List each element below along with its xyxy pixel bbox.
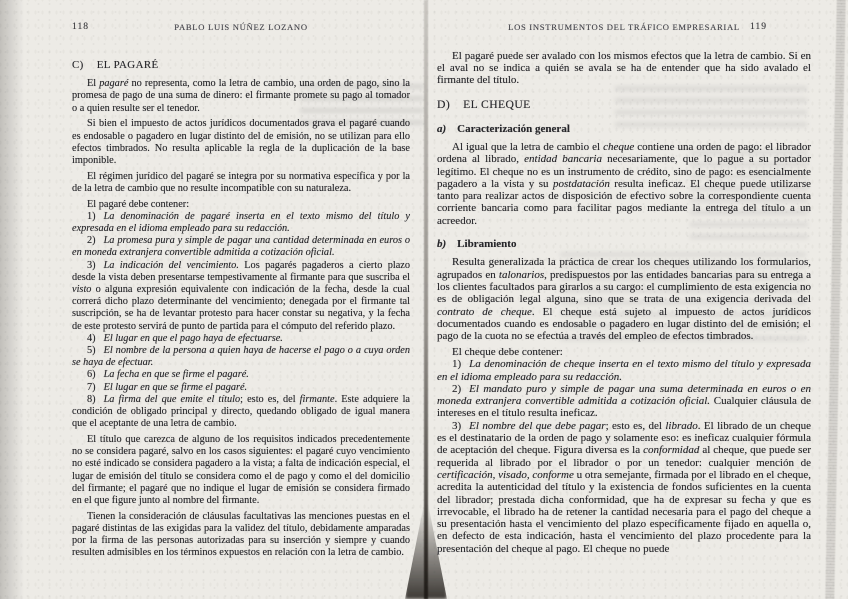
paragraph: El cheque debe contener: — [437, 346, 811, 358]
text-run: El cheque debe contener: — [452, 346, 563, 358]
list-item: 5)El nombre de la persona a quien haya d… — [72, 345, 410, 369]
section-title: Caracterización general — [457, 123, 570, 135]
text-run: La promesa pura y simple de pagar una ca… — [72, 235, 410, 258]
text-run: Al igual que la letra de cambio el — [452, 141, 603, 153]
text-run: El pagaré puede ser avalado con los mism… — [437, 50, 811, 87]
paragraph: El régimen jurídico del pagaré se integr… — [72, 171, 410, 195]
text-run: El lugar en que el pago haya de efectuar… — [104, 333, 283, 344]
section-label: a) — [437, 123, 446, 135]
text-run: visto — [72, 284, 91, 295]
paragraph: El pagaré no representa, como la letra d… — [72, 78, 410, 115]
paragraph: El pagaré puede ser avalado con los mism… — [437, 50, 811, 87]
section-label: C) — [72, 59, 84, 71]
list-item: 2)El mandato puro y simple de pagar una … — [437, 383, 811, 420]
text-run: El régimen jurídico del pagaré se integr… — [72, 171, 410, 194]
section-label: D) — [437, 98, 450, 111]
item-number: 4) — [87, 333, 96, 344]
text-run: El nombre de la persona a quien haya de … — [72, 345, 410, 368]
list-item: 7)El lugar en que se firme el pagaré. — [72, 382, 410, 394]
item-number: 3) — [452, 420, 461, 432]
item-number: 7) — [87, 382, 96, 393]
item-number: 2) — [87, 235, 96, 246]
text-run: ; esto es, del — [240, 394, 300, 405]
item-number: 3) — [87, 260, 96, 271]
item-number: 1) — [452, 358, 461, 370]
item-number: 2) — [452, 383, 461, 395]
text-run: Tienen la consideración de cláusulas fac… — [72, 511, 410, 559]
left-page-number: 118 — [72, 21, 89, 32]
text-run: cheque — [603, 141, 634, 153]
paragraph: Tienen la consideración de cláusulas fac… — [72, 511, 410, 560]
list-item: 2)La promesa pura y simple de pagar una … — [72, 235, 410, 259]
item-number: 6) — [87, 369, 96, 380]
list-item: 3)El nombre del que debe pagar; esto es,… — [437, 420, 811, 555]
right-page: LOS INSTRUMENTOS DEL TRÁFICO EMPRESARIAL… — [437, 22, 811, 555]
text-run: postdatación — [553, 178, 610, 190]
left-page: 118 PABLO LUIS NÚÑEZ LOZANO C)EL PAGARÉE… — [72, 22, 410, 559]
paragraph: Resulta generalizada la práctica de crea… — [437, 256, 811, 342]
scanned-book-spread: 118 PABLO LUIS NÚÑEZ LOZANO C)EL PAGARÉE… — [0, 0, 848, 599]
item-number: 5) — [87, 345, 96, 356]
text-run: o alguna expresión equivalente con indic… — [72, 284, 410, 332]
text-run: contrato de cheque — [437, 306, 532, 318]
section-heading: C)EL PAGARÉ — [72, 59, 410, 71]
text-run: firmante — [300, 394, 335, 405]
list-item: 4)El lugar en que el pago haya de efectu… — [72, 333, 410, 345]
page-edge-shadow-left — [0, 0, 24, 599]
text-run: ; esto es, del — [606, 420, 666, 432]
list-item: 1)La denominación de cheque inserta en e… — [437, 358, 811, 383]
paragraph: Si bien el impuesto de actos jurídicos d… — [72, 118, 410, 167]
sub-section-heading: a)Caracterización general — [437, 123, 811, 135]
section-title: Libramiento — [457, 238, 516, 250]
text-run: El — [87, 78, 99, 89]
paragraph: El título que carezca de alguno de los r… — [72, 434, 410, 507]
paragraph: Al igual que la letra de cambio el chequ… — [437, 141, 811, 227]
text-run: La firma del que emite el título — [104, 394, 241, 405]
text-run: talonarios — [499, 269, 544, 281]
left-page-text: C)EL PAGARÉEl pagaré no representa, como… — [72, 59, 410, 559]
text-run: El pagaré debe contener: — [87, 199, 189, 210]
text-run: La denominación de cheque inserta en el … — [437, 358, 811, 382]
text-run: Si bien el impuesto de actos jurídicos d… — [72, 118, 410, 166]
text-run: librado — [665, 420, 697, 432]
text-run: conformidad — [643, 444, 699, 456]
list-item: 8)La firma del que emite el título; esto… — [72, 394, 410, 431]
list-item: 6)La fecha en que se firme el pagaré. — [72, 369, 410, 381]
item-number: 8) — [87, 394, 96, 405]
text-run: La fecha en que se firme el pagaré. — [104, 369, 249, 380]
right-page-number: 119 — [750, 21, 767, 32]
text-run: El lugar en que se firme el pagaré. — [104, 382, 248, 393]
list-item: 1)La denominación de pagaré inserta en e… — [72, 211, 410, 235]
left-page-header: 118 PABLO LUIS NÚÑEZ LOZANO — [72, 22, 410, 46]
section-title: EL PAGARÉ — [97, 59, 159, 71]
item-number: 1) — [87, 211, 96, 222]
text-run: El nombre del que debe pagar — [469, 420, 605, 432]
text-run: El título que carezca de alguno de los r… — [72, 434, 410, 506]
section-title: EL CHEQUE — [463, 98, 531, 111]
text-run: La indicación del vencimiento. — [104, 260, 239, 271]
section-heading: D)EL CHEQUE — [437, 99, 811, 111]
right-page-text: El pagaré puede ser avalado con los mism… — [437, 50, 811, 555]
sub-section-heading: b)Libramiento — [437, 238, 811, 250]
list-item: 3)La indicación del vencimiento. Los pag… — [72, 260, 410, 333]
page-edges-strip — [825, 0, 846, 599]
text-run: La denominación de pagaré inserta en el … — [72, 211, 410, 234]
text-run: entidad bancaria — [524, 153, 602, 165]
section-label: b) — [437, 238, 446, 250]
text-run: pagaré — [99, 78, 128, 89]
paragraph: El pagaré debe contener: — [72, 199, 410, 211]
left-running-header: PABLO LUIS NÚÑEZ LOZANO — [72, 22, 410, 32]
text-run: certificación, visado, conforme — [437, 469, 574, 481]
right-page-header: LOS INSTRUMENTOS DEL TRÁFICO EMPRESARIAL… — [437, 22, 811, 46]
text-run: u otra semejante, firmada por el librado… — [437, 469, 811, 555]
